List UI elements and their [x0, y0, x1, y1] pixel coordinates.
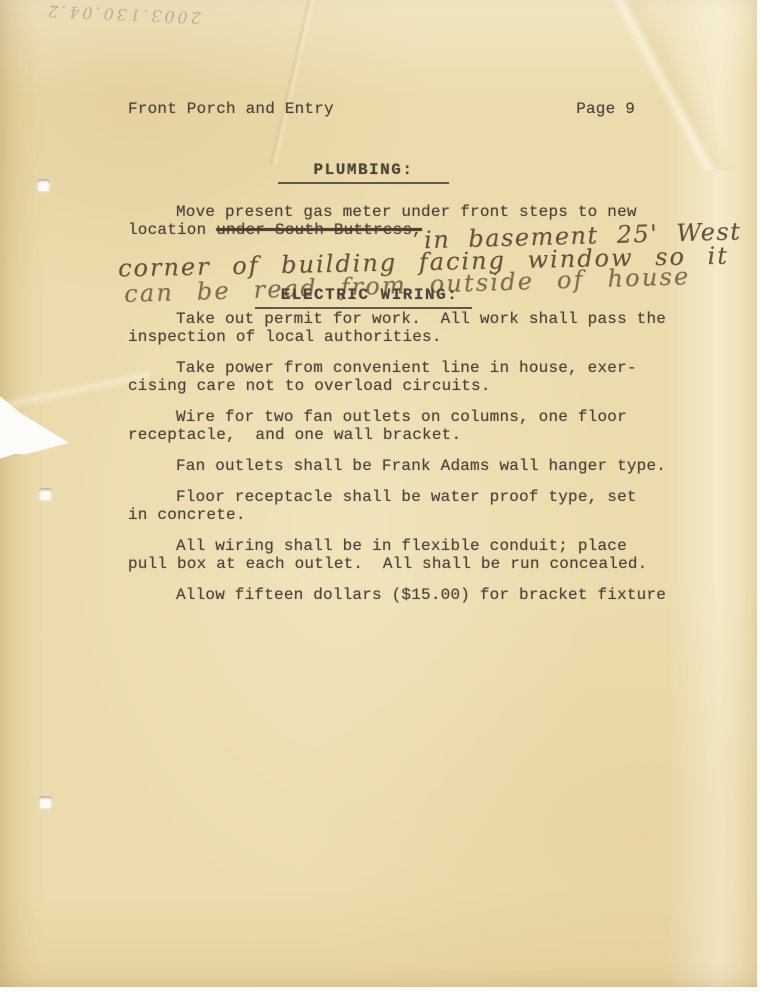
page-number: Page 9	[576, 100, 635, 118]
document-title: Front Porch and Entry	[128, 100, 334, 118]
paragraph-line: in concrete.	[128, 506, 246, 524]
section-plumbing: PLUMBING:	[0, 161, 727, 184]
paragraph-line: Floor receptacle shall be water proof ty…	[176, 488, 637, 506]
typed-paragraph: Take power from convenient line in house…	[128, 359, 688, 395]
plumbing-line-2-prefix: location	[128, 221, 216, 239]
section-heading-electric: ELECTRIC WIRING:	[255, 286, 473, 309]
paragraph-line: Take out permit for work. All work shall…	[176, 310, 666, 328]
plumbing-line-1: Move present gas meter under front steps…	[176, 203, 637, 221]
electric-paragraphs: Take out permit for work. All work shall…	[128, 310, 688, 617]
paragraph-line: Take power from convenient line in house…	[176, 359, 637, 377]
paragraph-line: All wiring shall be in flexible conduit;…	[176, 537, 627, 555]
typed-paragraph: Allow fifteen dollars ($15.00) for brack…	[128, 586, 688, 604]
typed-paragraph: All wiring shall be in flexible conduit;…	[128, 537, 688, 573]
scan-background: 2003.130.04.2 Front Porch and Entry Page…	[0, 0, 760, 993]
paragraph-line: Wire for two fan outlets on columns, one…	[176, 408, 627, 426]
scanned-page: 2003.130.04.2 Front Porch and Entry Page…	[0, 0, 757, 987]
page-header: Front Porch and Entry Page 9	[128, 100, 635, 118]
punch-hole-bottom	[39, 796, 52, 808]
paragraph-line: pull box at each outlet. All shall be ru…	[128, 555, 647, 573]
punch-hole-middle	[39, 488, 52, 500]
punch-hole-top	[37, 179, 50, 191]
strikethrough-text: under South Buttress,	[216, 221, 422, 239]
accession-number: 2003.130.04.2	[28, 1, 219, 28]
paragraph-line: receptacle, and one wall bracket.	[128, 426, 461, 444]
paragraph-line: Fan outlets shall be Frank Adams wall ha…	[176, 457, 666, 475]
typed-paragraph: Floor receptacle shall be water proof ty…	[128, 488, 688, 524]
typed-paragraph: Take out permit for work. All work shall…	[128, 310, 688, 346]
paragraph-line: inspection of local authorities.	[128, 328, 442, 346]
fold-crease-header	[205, 0, 375, 165]
paragraph-line: cising care not to overload circuits.	[128, 377, 491, 395]
section-heading-plumbing: PLUMBING:	[278, 161, 450, 184]
section-electric: ELECTRIC WIRING:	[0, 286, 727, 309]
typed-paragraph: Wire for two fan outlets on columns, one…	[128, 408, 688, 444]
fold-crease-top-right	[527, 0, 757, 170]
paragraph-line: Allow fifteen dollars ($15.00) for brack…	[176, 586, 666, 604]
typed-paragraph: Fan outlets shall be Frank Adams wall ha…	[128, 457, 688, 475]
